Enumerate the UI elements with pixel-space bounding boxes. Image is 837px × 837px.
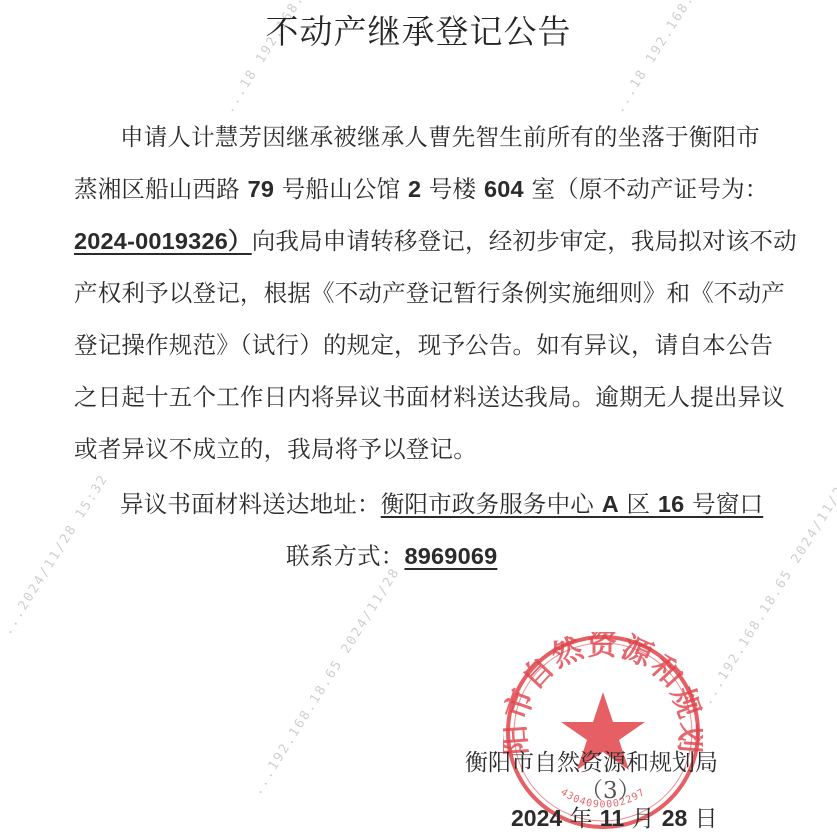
body-line: 或者异议不成立的，我局将予以登记。	[74, 430, 477, 464]
body-line: 申请人计慧芳因继承被继承人曹先智生前所有的坐落于衡阳市	[120, 118, 760, 152]
objection-address-line: 异议书面材料送达地址：衡阳市政务服务中心 A 区 16 号窗口	[120, 485, 763, 519]
objection-address-value: 衡阳市政务服务中心 A 区 16 号窗口	[381, 490, 764, 518]
body-line: 之日起十五个工作日内将异议书面材料送达我局。逾期无人提出异议	[74, 378, 785, 412]
document-title: 不动产继承登记公告	[0, 6, 837, 53]
contact-value: 8969069	[405, 543, 498, 569]
watermark: ...2024/11/28 15:32	[0, 472, 112, 638]
contact-label: 联系方式：	[286, 542, 405, 570]
contact-line: 联系方式：8969069	[286, 537, 497, 571]
body-line: 登记操作规范》（试行）的规定，现予公告。如有异议，请自本公告	[74, 326, 773, 360]
body-line: 2024-0019326）向我局申请转移登记，经初步审定，我局拟对该不动	[74, 222, 797, 256]
watermark: ...192.168.18.65 2024/11/28	[250, 565, 403, 798]
body-line: 蒸湘区船山西路 79 号船山公馆 2 号楼 604 室（原不动产证号为：	[74, 170, 768, 204]
body-line: 产权利予以登记，根据《不动产登记暂行条例实施细则》和《不动产	[74, 274, 785, 308]
objection-address-label: 异议书面材料送达地址：	[120, 490, 381, 518]
issue-date: 2024 年 11 月 28 日	[511, 800, 718, 833]
notice-page: ...18 192.168.18.65 2024/11/28 ...18 192…	[0, 0, 837, 837]
